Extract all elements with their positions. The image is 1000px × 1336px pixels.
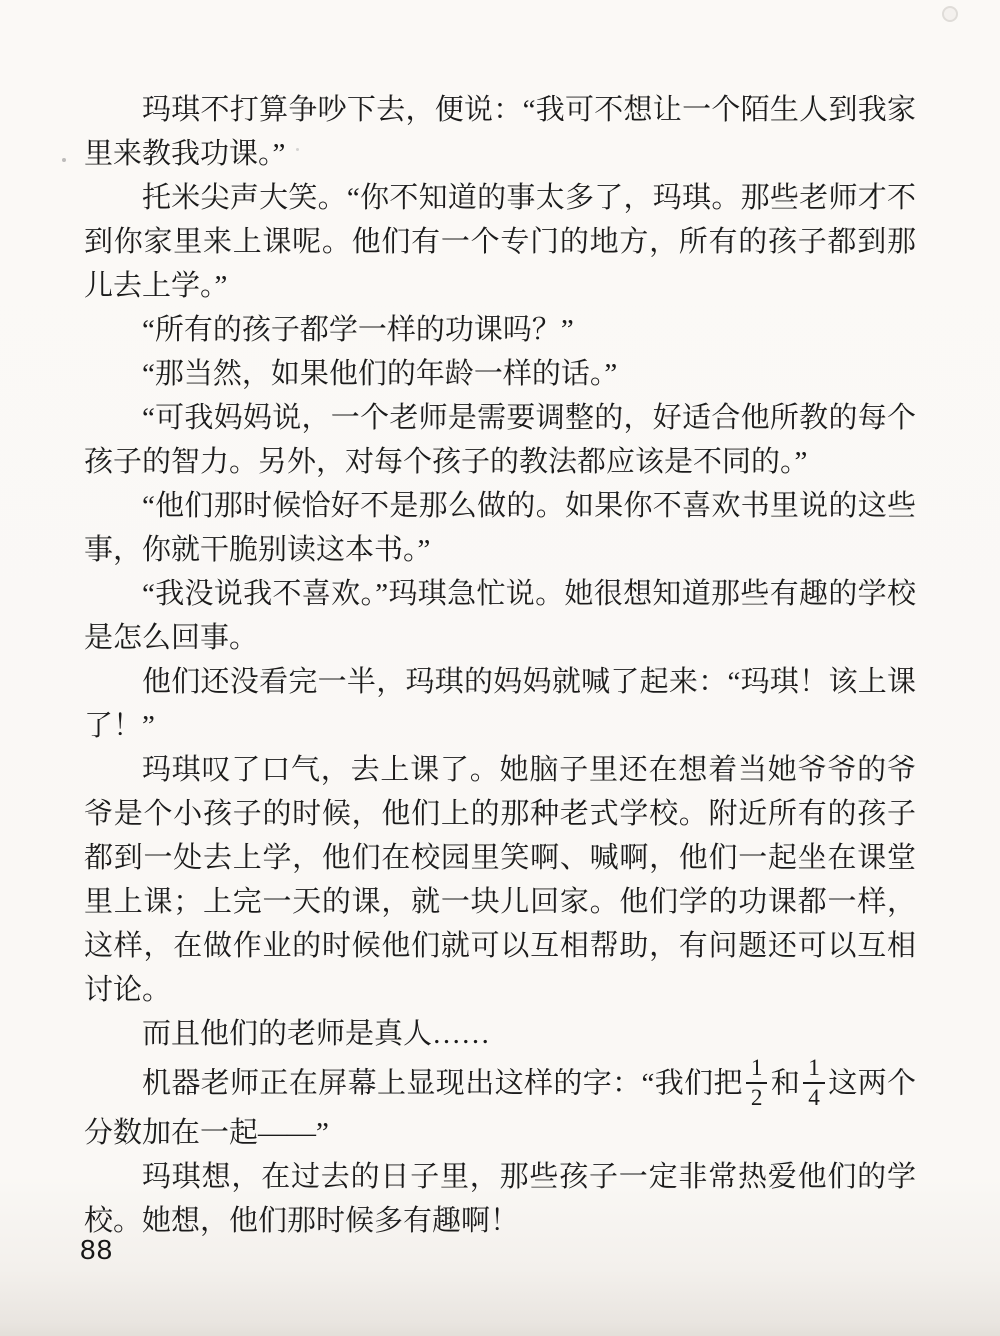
fraction-one-half-numerator: 1: [746, 1056, 768, 1084]
paragraph-4: “那当然，如果他们的年龄一样的话。”: [84, 352, 916, 396]
fraction-one-half: 12: [746, 1056, 768, 1111]
page-number: 88: [80, 1234, 113, 1266]
paragraph-2: 托米尖声大笑。“你不知道的事太多了，玛琪。那些老师才不到你家里来上课呢。他们有一…: [84, 176, 916, 308]
fraction-one-quarter-denominator: 4: [803, 1084, 825, 1111]
paragraph-closing: 玛琪想，在过去的日子里，那些孩子一定非常热爱他们的学校。她想，他们那时候多有趣啊…: [84, 1155, 916, 1243]
scan-speck: [296, 148, 299, 151]
scan-speck: [942, 6, 958, 22]
scan-speck: [62, 158, 66, 162]
paragraph-9: 玛琪叹了口气，去上课了。她脑子里还在想着当她爷爷的爷爷是个小孩子的时候，他们上的…: [84, 748, 916, 1012]
paragraph-10: 而且他们的老师是真人……: [84, 1012, 916, 1056]
page-text: 玛琪不打算争吵下去，便说：“我可不想让一个陌生人到我家里来教我功课。” 托米尖声…: [84, 88, 916, 1243]
paragraph-6: “他们那时候恰好不是那么做的。如果你不喜欢书里说的这些事，你就干脆别读这本书。”: [84, 484, 916, 572]
fraction-one-quarter: 14: [803, 1056, 825, 1111]
paragraph-1: 玛琪不打算争吵下去，便说：“我可不想让一个陌生人到我家里来教我功课。”: [84, 88, 916, 176]
paragraph-7: “我没说我不喜欢。”玛琪急忙说。她很想知道那些有趣的学校是怎么回事。: [84, 572, 916, 660]
fraction-line-before: 机器老师正在屏幕上显现出这样的字：“我们把: [142, 1067, 743, 1099]
fraction-one-half-denominator: 2: [746, 1084, 768, 1111]
paragraph-robot-teacher: 机器老师正在屏幕上显现出这样的字：“我们把12和14这两个分数加在一起——”: [84, 1056, 916, 1155]
paragraph-8: 他们还没看完一半，玛琪的妈妈就喊了起来：“玛琪！该上课了！”: [84, 660, 916, 748]
fraction-one-quarter-numerator: 1: [803, 1056, 825, 1084]
book-page: 玛琪不打算争吵下去，便说：“我可不想让一个陌生人到我家里来教我功课。” 托米尖声…: [0, 0, 1000, 1336]
paragraph-3: “所有的孩子都学一样的功课吗？”: [84, 308, 916, 352]
fraction-line-middle: 和: [770, 1067, 800, 1099]
paragraph-5: “可我妈妈说，一个老师是需要调整的，好适合他所教的每个孩子的智力。另外，对每个孩…: [84, 396, 916, 484]
